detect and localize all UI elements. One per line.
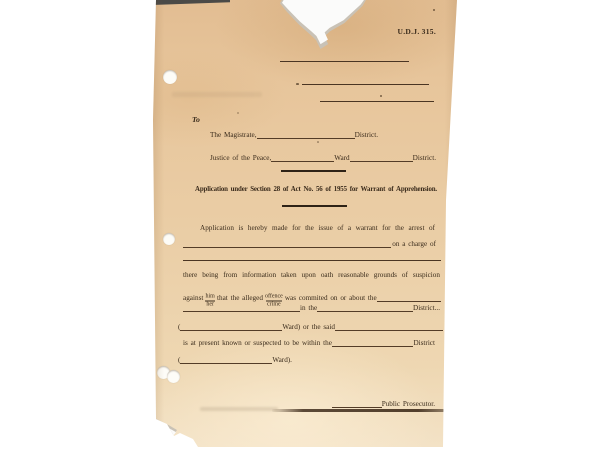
section-divider — [281, 170, 346, 172]
punch-hole — [163, 70, 177, 84]
charge-line: on a charge of — [183, 240, 436, 249]
ward-or-said-line: ( Ward) or the said — [178, 323, 443, 332]
fill-line — [377, 300, 441, 302]
ward-or-said-label: Ward) or the said — [282, 323, 335, 332]
ink-speck — [237, 112, 239, 114]
public-prosecutor-label: Public Prosecutor. — [382, 400, 435, 409]
oath-line: there being from information taken upon … — [183, 271, 440, 280]
district-label: District — [413, 339, 435, 348]
charge-suffix-label: on a charge of — [392, 240, 436, 249]
blank-line — [183, 260, 441, 261]
ward-label: Ward — [334, 154, 349, 163]
torn-notch — [282, 0, 364, 45]
fill-line — [180, 362, 272, 364]
fill-line — [332, 345, 414, 347]
blank-line — [280, 61, 409, 62]
district-label: District. — [413, 154, 436, 163]
document-page: U.D.J. 315. To The Magistrate, District.… — [152, 0, 457, 447]
fill-line — [271, 160, 334, 162]
district-label: District. — [355, 131, 378, 140]
torn-edge-shading — [151, 412, 201, 448]
signature-line: Public Prosecutor. — [332, 400, 435, 409]
fill-line — [335, 329, 443, 331]
magistrate-line: The Magistrate, District. — [210, 131, 378, 140]
form-title: Application under Section 28 of Act No. … — [195, 185, 437, 194]
fill-line — [350, 160, 413, 162]
pencil-smudge — [172, 92, 262, 97]
blank-line — [302, 84, 429, 85]
fill-line — [257, 137, 355, 139]
opening-line: Application is hereby made for the issue… — [200, 224, 435, 233]
in-the-label: in the — [300, 304, 317, 313]
ink-speck — [296, 83, 299, 85]
against-line: against him her that the alleged offence… — [183, 289, 441, 303]
ink-speck — [317, 141, 319, 143]
present-label: is at present known or suspected to be w… — [183, 339, 332, 348]
fill-line — [183, 310, 300, 312]
fill-line — [180, 329, 282, 331]
alleged-label: that the alleged — [217, 294, 263, 303]
underlying-sheet-edge — [153, 0, 230, 5]
district-label: District... — [413, 304, 440, 313]
form-code: U.D.J. 315. — [397, 27, 436, 36]
in-the-district-line: in the District... — [183, 304, 440, 313]
ink-speck — [380, 95, 382, 97]
section-divider — [282, 205, 347, 207]
present-within-line: is at present known or suspected to be w… — [183, 339, 435, 348]
fill-line — [317, 310, 413, 312]
justice-of-peace-line: Justice of the Peace, Ward District. — [210, 154, 436, 163]
scan-background: U.D.J. 315. To The Magistrate, District.… — [0, 0, 600, 450]
magistrate-label: The Magistrate, — [210, 131, 257, 140]
pencil-smudge — [200, 407, 278, 411]
ward-close-label: Ward). — [272, 356, 292, 365]
fill-line — [332, 406, 382, 408]
to-label: To — [192, 115, 200, 124]
page-edge-shadow — [272, 409, 444, 412]
ward-close-line: ( Ward). — [178, 356, 303, 365]
paren-open: ( — [178, 356, 180, 365]
paren-open: ( — [178, 323, 180, 332]
ink-speck — [433, 9, 435, 11]
punch-hole — [167, 370, 180, 383]
against-label: against — [183, 294, 203, 303]
punch-hole — [163, 233, 175, 245]
fill-line — [183, 246, 391, 248]
blank-line — [320, 101, 434, 102]
jp-label: Justice of the Peace, — [210, 154, 271, 163]
committed-label: was commited on or about the — [285, 294, 377, 303]
